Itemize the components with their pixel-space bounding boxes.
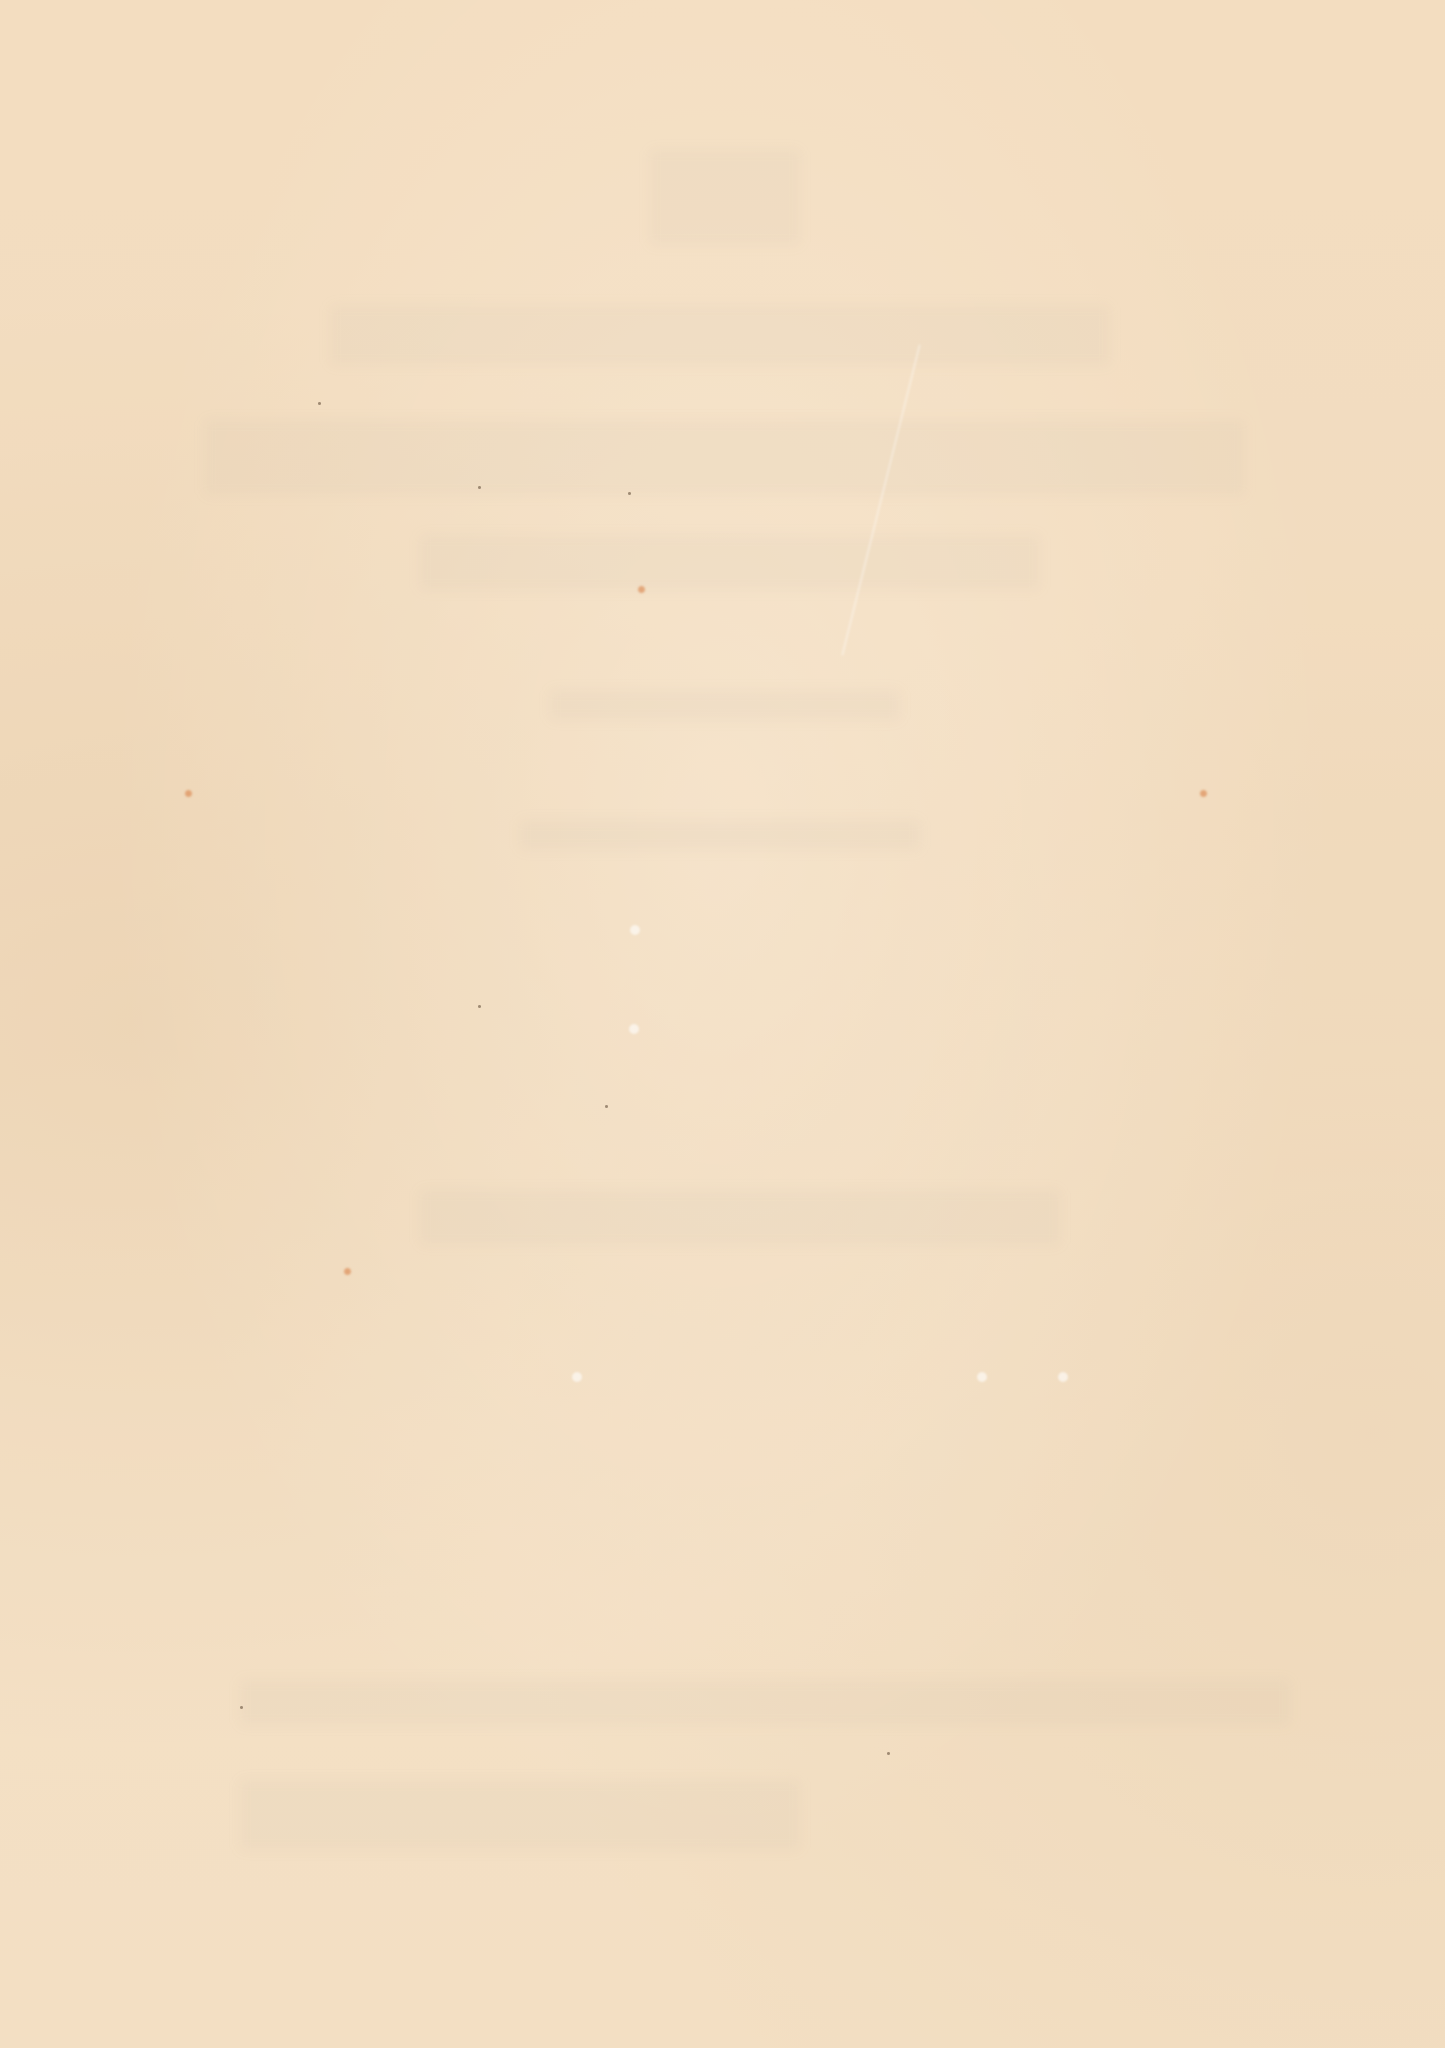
emboss-mark [1058,1372,1068,1382]
emboss-mark [977,1372,987,1382]
show-through-line [240,1780,800,1850]
emboss-mark [630,925,640,935]
foxing-spot [185,790,192,797]
paper-speck [478,486,481,489]
show-through-line [420,535,1040,590]
paper-speck [628,492,631,495]
paper-speck [240,1706,243,1709]
foxing-spot [638,586,645,593]
show-through-line [420,1190,1060,1245]
show-through-line [550,690,900,720]
paper-speck [887,1752,890,1755]
paper-speck [478,1005,481,1008]
emboss-mark [572,1372,582,1382]
foxing-spot [1200,790,1207,797]
paper-speck [605,1105,608,1108]
foxing-spot [344,1268,351,1275]
show-through-line [520,820,920,850]
show-through-line [205,420,1245,495]
paper-crease [841,345,920,656]
show-through-emblem [650,150,800,245]
show-through-line [240,1680,1290,1725]
paper-speck [318,402,321,405]
emboss-mark [629,1024,639,1034]
blank-paper-page [0,0,1445,2048]
show-through-line [330,305,1110,365]
